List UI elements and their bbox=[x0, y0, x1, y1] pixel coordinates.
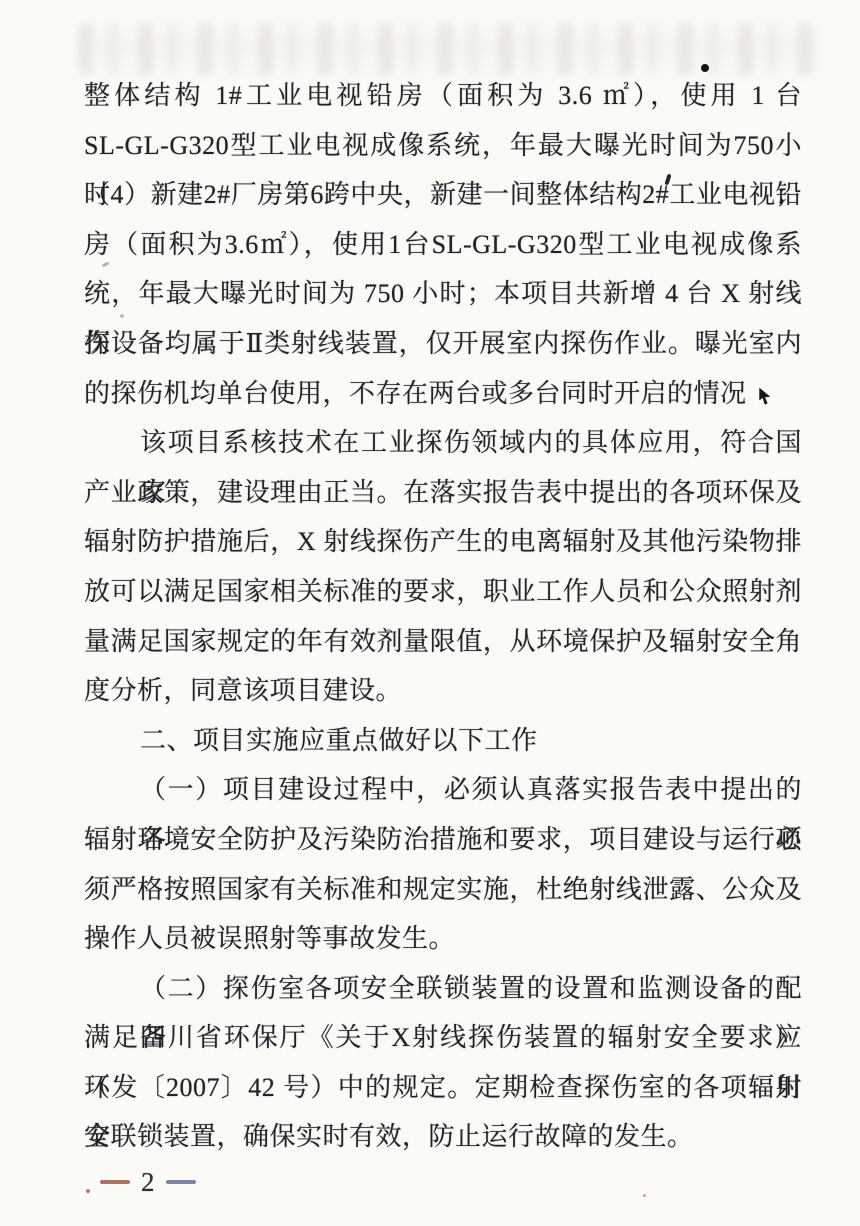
document-line: 房（面积为3.6㎡），使用1台SL-GL-G320型工业电视成像系 bbox=[84, 220, 802, 270]
document-line: 须严格按照国家有关标准和规定实施，杜绝射线泄露、公众及 bbox=[84, 865, 802, 915]
document-line: 度分析，同意该项目建设。 bbox=[84, 666, 802, 716]
document-line-text: 二、项目实施应重点做好以下工作 bbox=[140, 726, 538, 755]
document-line: 伤设备均属于Ⅱ类射线装置，仅开展室内探伤作业。曝光室内 bbox=[84, 319, 802, 369]
ink-dot-artifact bbox=[701, 64, 709, 72]
document-line: 辐射防护措施后，X 射线探伤产生的电离辐射及其他污染物排 bbox=[84, 517, 802, 567]
document-line-text: 的探伤机均单台使用，不存在两台或多台同时开启的情况 bbox=[84, 379, 747, 408]
document-line: （4）新建2#厂房第6跨中央，新建一间整体结构2#工业电视铅 bbox=[84, 170, 802, 220]
document-line-text: 伤设备均属于Ⅱ类射线装置，仅开展室内探伤作业。曝光室内 bbox=[84, 329, 802, 358]
document-line-text: 辐射环境安全防护及污染防治措施和要求，项目建设与运行必 bbox=[84, 825, 802, 854]
document-line-text: 辐射防护措施后，X 射线探伤产生的电离辐射及其他污染物排 bbox=[84, 527, 802, 556]
document-line-text: 房（面积为3.6㎡），使用1台SL-GL-G320型工业电视成像系 bbox=[84, 230, 802, 259]
document-line: 该项目系核技术在工业探伤领域内的具体应用，符合国家 bbox=[84, 418, 802, 468]
scan-speck bbox=[86, 1189, 90, 1193]
document-line-text: 全联锁装置，确保实时有效，防止运行故障的发生。 bbox=[84, 1122, 694, 1151]
document-line-text: 整体结构 1#工业电视铅房（面积为 3.6 ㎡），使用 1 台 bbox=[84, 81, 802, 110]
scan-speck bbox=[643, 1194, 646, 1197]
document-line: 辐射环境安全防护及污染防治措施和要求，项目建设与运行必 bbox=[84, 815, 802, 865]
document-line-text: 度分析，同意该项目建设。 bbox=[84, 676, 402, 705]
footer-left-dash bbox=[100, 1180, 130, 1184]
scanned-document-page: 整体结构 1#工业电视铅房（面积为 3.6 ㎡），使用 1 台 SL-GL-G3… bbox=[0, 0, 860, 1226]
document-line-text: 放可以满足国家相关标准的要求，职业工作人员和公众照射剂 bbox=[84, 577, 802, 606]
footer-right-dash bbox=[166, 1180, 196, 1184]
document-line: 放可以满足国家相关标准的要求，职业工作人员和公众照射剂 bbox=[84, 567, 802, 617]
document-line: 整体结构 1#工业电视铅房（面积为 3.6 ㎡），使用 1 台 bbox=[84, 71, 802, 121]
document-line-text: 操作人员被误照射等事故发生。 bbox=[84, 924, 455, 953]
document-line-text: 量满足国家规定的年有效剂量限值，从环境保护及辐射安全角 bbox=[84, 627, 802, 656]
document-line: 满足四川省环保厅《关于X射线探伤装置的辐射安全要求》（川 bbox=[84, 1013, 802, 1063]
document-line: 的探伤机均单台使用，不存在两台或多台同时开启的情况 bbox=[84, 369, 802, 419]
document-line: 全联锁装置，确保实时有效，防止运行故障的发生。 bbox=[84, 1112, 802, 1162]
document-line: 环发〔2007〕42 号）中的规定。定期检查探伤室的各项辐射安 bbox=[84, 1063, 802, 1113]
document-line-text: 须严格按照国家有关标准和规定实施，杜绝射线泄露、公众及 bbox=[84, 875, 802, 904]
document-line-text: 产业政策，建设理由正当。在落实报告表中提出的各项环保及 bbox=[84, 478, 802, 507]
page-footer: 2 bbox=[100, 1164, 196, 1200]
scan-speck bbox=[387, 629, 391, 633]
document-line: （二）探伤室各项安全联锁装置的设置和监测设备的配备应 bbox=[84, 964, 802, 1014]
document-line: SL-GL-G320型工业电视成像系统，年最大曝光时间为750小时； bbox=[84, 121, 802, 171]
page-number-label: 2 bbox=[141, 1167, 155, 1198]
document-line: 量满足国家规定的年有效剂量限值，从环境保护及辐射安全角 bbox=[84, 617, 802, 667]
scan-speck bbox=[120, 314, 124, 318]
document-line: 统，年最大曝光时间为 750 小时；本项目共新增 4 台 X 射线探 bbox=[84, 269, 802, 319]
document-line: 产业政策，建设理由正当。在落实报告表中提出的各项环保及 bbox=[84, 468, 802, 518]
document-line: 二、项目实施应重点做好以下工作 bbox=[84, 716, 802, 766]
document-line-text: （4）新建2#厂房第6跨中央，新建一间整体结构2#工业电视铅 bbox=[84, 180, 802, 209]
document-line: （一）项目建设过程中，必须认真落实报告表中提出的各项 bbox=[84, 765, 802, 815]
cursor-artifact-icon bbox=[758, 387, 773, 406]
document-body-text: 整体结构 1#工业电视铅房（面积为 3.6 ㎡），使用 1 台 SL-GL-G3… bbox=[84, 71, 802, 1162]
document-line: 操作人员被误照射等事故发生。 bbox=[84, 914, 802, 964]
